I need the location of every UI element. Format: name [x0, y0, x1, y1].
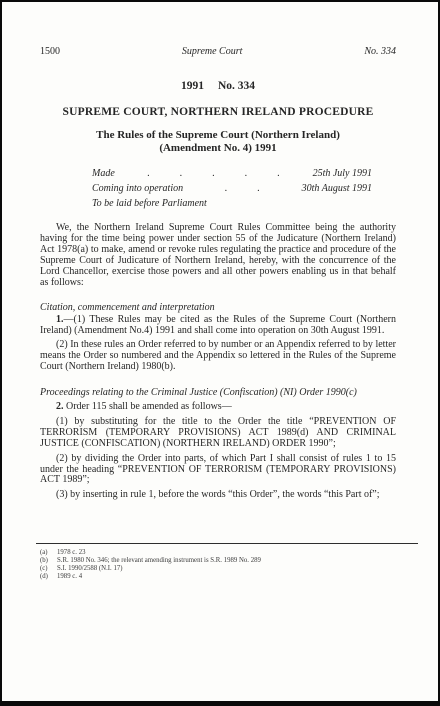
- page-content: 1500 Supreme Court No. 334 1991 No. 334 …: [2, 2, 438, 580]
- instrument-number-header: No. 334: [364, 46, 396, 58]
- document-title-line1: The Rules of the Supreme Court (Northern…: [40, 129, 396, 142]
- footnote-text: S.R. 1980 No. 346; the relevant amending…: [57, 557, 396, 565]
- footnote-marker: (d): [40, 573, 57, 581]
- footnote-text: 1989 c. 4: [57, 573, 396, 581]
- page-number: 1500: [40, 46, 60, 58]
- footnote-d: (d) 1989 c. 4: [40, 573, 396, 581]
- footnote-marker: (b): [40, 557, 57, 565]
- category-heading: SUPREME COURT, NORTHERN IRELAND PROCEDUR…: [40, 106, 396, 119]
- footnote-c: (c) S.I. 1990/2588 (N.I. 17): [40, 565, 396, 573]
- rule-2-subparagraph-2: (2) by dividing the Order into parts, of…: [40, 454, 396, 487]
- footnote-marker: (a): [40, 549, 57, 557]
- section-heading-citation: Citation, commencement and interpretatio…: [40, 302, 396, 313]
- rule-1-text: —(1) These Rules may be cited as the Rul…: [40, 314, 396, 336]
- rule-number: 1.: [56, 314, 64, 325]
- year: 1991: [181, 80, 204, 93]
- date-made-label: Made: [92, 166, 115, 181]
- date-coming-label: Coming into operation: [92, 181, 183, 196]
- date-coming-value: 30th August 1991: [302, 181, 372, 196]
- rule-2-paragraph: 2. Order 115 shall be amended as follows…: [40, 402, 396, 413]
- date-row-laid-before-parliament: To be laid before Parliament: [92, 196, 372, 211]
- scanned-document-page: 1500 Supreme Court No. 334 1991 No. 334 …: [0, 0, 440, 706]
- running-header: 1500 Supreme Court No. 334: [40, 46, 396, 58]
- rule-2-subparagraph-1: (1) by substituting for the title to the…: [40, 417, 396, 450]
- footnote-b: (b) S.R. 1980 No. 346; the relevant amen…: [40, 557, 396, 565]
- rule-2-subparagraph-3: (3) by inserting in rule 1, before the w…: [40, 490, 396, 501]
- year-and-number: 1991 No. 334: [40, 80, 396, 93]
- footnote-text: S.I. 1990/2588 (N.I. 17): [57, 565, 396, 573]
- date-row-coming-into-operation: Coming into operation . . 30th August 19…: [92, 181, 372, 196]
- footnote-a: (a) 1978 c. 23: [40, 549, 396, 557]
- instrument-number: No. 334: [218, 80, 255, 93]
- rule-2-text: Order 115 shall be amended as follows—: [64, 401, 232, 412]
- footnote-text: 1978 c. 23: [57, 549, 396, 557]
- footnote-divider: [36, 543, 418, 544]
- running-title: Supreme Court: [182, 46, 242, 58]
- preamble-paragraph: We, the Northern Ireland Supreme Court R…: [40, 223, 396, 288]
- rule-number: 2.: [56, 401, 64, 412]
- dot-leader: . .: [183, 181, 301, 196]
- document-title: The Rules of the Supreme Court (Northern…: [40, 129, 396, 154]
- date-made-value: 25th July 1991: [313, 166, 372, 181]
- document-title-line2: (Amendment No. 4) 1991: [40, 142, 396, 155]
- date-row-made: Made . . . . . 25th July 1991: [92, 166, 372, 181]
- footnotes: (a) 1978 c. 23 (b) S.R. 1980 No. 346; th…: [40, 549, 396, 580]
- dates-table: Made . . . . . 25th July 1991 Coming int…: [92, 166, 372, 211]
- rule-1-subparagraph-2: (2) In these rules an Order referred to …: [40, 340, 396, 373]
- dot-leader: . . . . .: [115, 166, 313, 181]
- date-laid-label: To be laid before Parliament: [92, 196, 207, 211]
- rule-1-paragraph: 1.—(1) These Rules may be cited as the R…: [40, 315, 396, 337]
- footnote-marker: (c): [40, 565, 57, 573]
- section-heading-proceedings: Proceedings relating to the Criminal Jus…: [40, 387, 396, 398]
